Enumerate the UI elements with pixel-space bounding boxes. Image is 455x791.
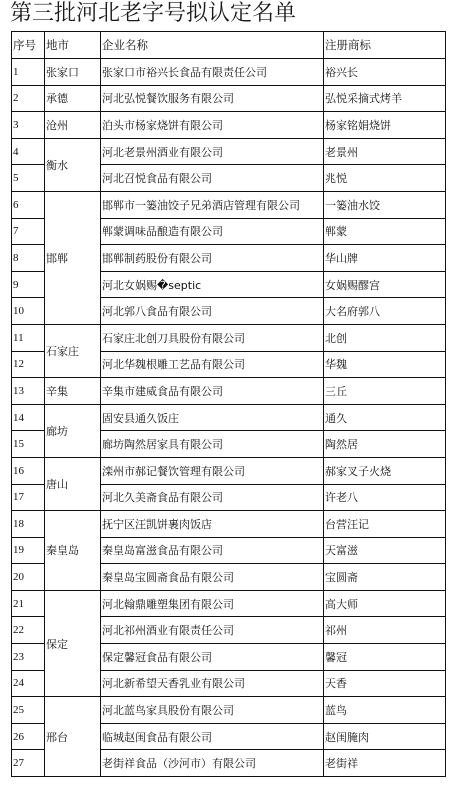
cell-seq: 19: [12, 537, 45, 564]
cell-company: 泊头市杨家烧饼有限公司: [101, 112, 324, 139]
cell-seq: 9: [12, 271, 45, 298]
cell-trademark: 许老八: [324, 484, 446, 511]
cell-seq: 1: [12, 59, 45, 86]
cell-trademark: 台营汪记: [324, 511, 446, 538]
cell-trademark: 天富滋: [324, 537, 446, 564]
cell-seq: 24: [12, 670, 45, 697]
cell-company: 河北召悦食品有限公司: [101, 165, 324, 192]
cell-trademark: 老街祥: [324, 750, 446, 777]
cell-seq: 25: [12, 697, 45, 724]
cell-trademark: 宝圆斋: [324, 564, 446, 591]
table-row: 1 张家口 张家口市裕兴长食品有限责任公司 裕兴长: [12, 59, 446, 86]
cell-city: 石家庄: [45, 324, 101, 377]
cell-company: 邯郸市一篓油饺子兄弟酒店管理有限公司: [101, 191, 324, 218]
cell-company: 河北久美斋食品有限公司: [101, 484, 324, 511]
cell-seq: 4: [12, 138, 45, 165]
cell-city: 衡水: [45, 138, 101, 191]
cell-seq: 27: [12, 750, 45, 777]
cell-city: 辛集: [45, 378, 101, 405]
table-header-row: 序号 地市 企业名称 注册商标: [12, 32, 446, 59]
cell-city: 承德: [45, 85, 101, 112]
cell-company: 河北弘悦餐饮服务有限公司: [101, 85, 324, 112]
table-row: 21 保定 河北翰鼎雕塑集团有限公司 高大师: [12, 590, 446, 617]
header-seq: 序号: [12, 32, 45, 59]
header-city: 地市: [45, 32, 101, 59]
table-row: 16 唐山 滦州市郝记餐饮管理有限公司 郝家叉子火烧: [12, 457, 446, 484]
cell-company: 邯郸制药股份有限公司: [101, 245, 324, 272]
cell-company: 河北祁州酒业有限责任公司: [101, 617, 324, 644]
table-row: 14 廊坊 固安县通久饭庄 通久: [12, 404, 446, 431]
header-company: 企业名称: [101, 32, 324, 59]
table-row: 25 邢台 河北蓝鸟家具股份有限公司 蓝鸟: [12, 697, 446, 724]
cell-company: 河北翰鼎雕塑集团有限公司: [101, 590, 324, 617]
cell-company: 滦州市郝记餐饮管理有限公司: [101, 457, 324, 484]
cell-trademark: 通久: [324, 404, 446, 431]
cell-company: 老街祥食品（沙河市）有限公司: [101, 750, 324, 777]
cell-seq: 7: [12, 218, 45, 245]
cell-trademark: 陶然居: [324, 431, 446, 458]
cell-seq: 6: [12, 191, 45, 218]
table-row: 6 邯郸 邯郸市一篓油饺子兄弟酒店管理有限公司 一篓油水饺: [12, 191, 446, 218]
cell-city: 廊坊: [45, 404, 101, 457]
cell-trademark: 女娲赐醪宫: [324, 271, 446, 298]
cell-seq: 26: [12, 723, 45, 750]
cell-trademark: 三丘: [324, 378, 446, 405]
cell-trademark: 郝家叉子火烧: [324, 457, 446, 484]
cell-trademark: 大名府郭八: [324, 298, 446, 325]
cell-city: 唐山: [45, 457, 101, 510]
cell-seq: 12: [12, 351, 45, 378]
cell-company: 秦皇岛富滋食品有限公司: [101, 537, 324, 564]
cell-city: 邢台: [45, 697, 101, 777]
cell-city: 沧州: [45, 112, 101, 139]
cell-trademark: 郸蒙: [324, 218, 446, 245]
cell-trademark: 裕兴长: [324, 59, 446, 86]
cell-seq: 8: [12, 245, 45, 272]
cell-company: 固安县通久饭庄: [101, 404, 324, 431]
cell-trademark: 华山牌: [324, 245, 446, 272]
table-row: 3 沧州 泊头市杨家烧饼有限公司 杨家铭娟烧饼: [12, 112, 446, 139]
cell-seq: 3: [12, 112, 45, 139]
cell-seq: 10: [12, 298, 45, 325]
cell-trademark: 北创: [324, 324, 446, 351]
table-row: 11 石家庄 石家庄北创刀具股份有限公司 北创: [12, 324, 446, 351]
cell-company: 河北新希望天香乳业有限公司: [101, 670, 324, 697]
cell-company: 廊坊陶然居家具有限公司: [101, 431, 324, 458]
cell-trademark: 高大师: [324, 590, 446, 617]
cell-seq: 21: [12, 590, 45, 617]
cell-company: 郸蒙调味品酿造有限公司: [101, 218, 324, 245]
cell-seq: 13: [12, 378, 45, 405]
cell-company: 保定馨冠食品有限公司: [101, 644, 324, 671]
cell-trademark: 老景州: [324, 138, 446, 165]
cell-seq: 17: [12, 484, 45, 511]
cell-company: 河北老景州酒业有限公司: [101, 138, 324, 165]
cell-seq: 11: [12, 324, 45, 351]
trademark-list-table: 序号 地市 企业名称 注册商标 1 张家口 张家口市裕兴长食品有限责任公司 裕兴…: [11, 31, 446, 777]
cell-trademark: 馨冠: [324, 644, 446, 671]
cell-company: 临城赵闺食品有限公司: [101, 723, 324, 750]
cell-company: 河北郭八食品有限公司: [101, 298, 324, 325]
cell-seq: 23: [12, 644, 45, 671]
cell-seq: 20: [12, 564, 45, 591]
cell-trademark: 兆悦: [324, 165, 446, 192]
cell-company: 河北华魏根雕工艺品有限公司: [101, 351, 324, 378]
page-title: 第三批河北老字号拟认定名单: [10, 0, 296, 28]
table-row: 13 辛集 辛集市建威食品有限公司 三丘: [12, 378, 446, 405]
cell-company: 抚宁区汪凯饼裹肉饭店: [101, 511, 324, 538]
cell-seq: 22: [12, 617, 45, 644]
cell-seq: 14: [12, 404, 45, 431]
table-row: 18 秦皇岛 抚宁区汪凯饼裹肉饭店 台营汪记: [12, 511, 446, 538]
cell-city: 张家口: [45, 59, 101, 86]
cell-seq: 18: [12, 511, 45, 538]
cell-company: 河北女娲赐�septic: [101, 271, 324, 298]
cell-seq: 2: [12, 85, 45, 112]
cell-trademark: 弘悦采摘式烤羊: [324, 85, 446, 112]
cell-city: 保定: [45, 590, 101, 696]
cell-company: 石家庄北创刀具股份有限公司: [101, 324, 324, 351]
cell-city: 秦皇岛: [45, 511, 101, 591]
table-row: 2 承德 河北弘悦餐饮服务有限公司 弘悦采摘式烤羊: [12, 85, 446, 112]
cell-trademark: 华魏: [324, 351, 446, 378]
cell-company: 秦皇岛宝圆斋食品有限公司: [101, 564, 324, 591]
table-row: 4 衡水 河北老景州酒业有限公司 老景州: [12, 138, 446, 165]
cell-seq: 16: [12, 457, 45, 484]
cell-trademark: 杨家铭娟烧饼: [324, 112, 446, 139]
cell-trademark: 蓝鸟: [324, 697, 446, 724]
cell-trademark: 祁州: [324, 617, 446, 644]
cell-trademark: 天香: [324, 670, 446, 697]
cell-company: 河北蓝鸟家具股份有限公司: [101, 697, 324, 724]
cell-seq: 15: [12, 431, 45, 458]
header-trademark: 注册商标: [324, 32, 446, 59]
cell-company: 张家口市裕兴长食品有限责任公司: [101, 59, 324, 86]
cell-company: 辛集市建威食品有限公司: [101, 378, 324, 405]
cell-seq: 5: [12, 165, 45, 192]
cell-trademark: 赵闺腌肉: [324, 723, 446, 750]
cell-city: 邯郸: [45, 191, 101, 324]
cell-trademark: 一篓油水饺: [324, 191, 446, 218]
